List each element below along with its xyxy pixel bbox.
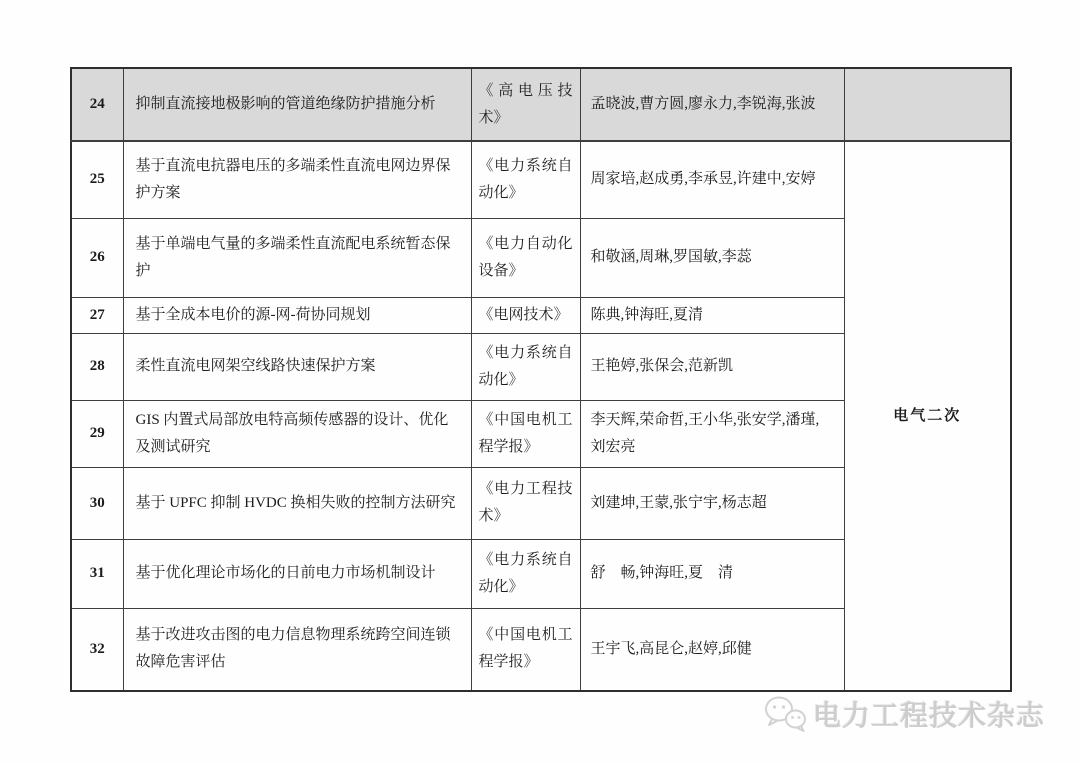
row-number: 32 <box>71 608 123 691</box>
journal-name: 《电力系统自动化》 <box>471 539 580 608</box>
authors-list: 陈典,钟海旺,夏清 <box>580 297 844 333</box>
journal-watermark: 电力工程技术杂志 <box>763 694 1045 734</box>
paper-title: 柔性直流电网架空线路快速保护方案 <box>123 333 471 400</box>
paper-title: 基于全成本电价的源-网-荷协同规划 <box>123 297 471 333</box>
papers-table: 24 抑制直流接地极影响的管道绝缘防护措施分析 《高电压技术》 孟晓波,曹方圆,… <box>70 67 1012 692</box>
row-number: 24 <box>71 68 123 141</box>
row-number: 30 <box>71 467 123 539</box>
authors-list: 王艳婷,张保会,范新凯 <box>580 333 844 400</box>
category-cell: 电气二次 <box>844 141 1011 691</box>
journal-name: 《电网技术》 <box>471 297 580 333</box>
paper-title: GIS 内置式局部放电特高频传感器的设计、优化及测试研究 <box>123 400 471 467</box>
row-number: 27 <box>71 297 123 333</box>
paper-title: 基于直流电抗器电压的多端柔性直流电网边界保护方案 <box>123 141 471 218</box>
category-cell-empty <box>844 68 1011 141</box>
page: 24 抑制直流接地极影响的管道绝缘防护措施分析 《高电压技术》 孟晓波,曹方圆,… <box>0 0 1080 763</box>
authors-list: 孟晓波,曹方圆,廖永力,李锐海,张波 <box>580 68 844 141</box>
row-number: 26 <box>71 218 123 297</box>
watermark-label: 电力工程技术杂志 <box>813 694 1045 734</box>
row-number: 28 <box>71 333 123 400</box>
table-row: 25 基于直流电抗器电压的多端柔性直流电网边界保护方案 《电力系统自动化》 周家… <box>71 141 1011 218</box>
journal-name: 《电力自动化设备》 <box>471 218 580 297</box>
journal-name: 《电力系统自动化》 <box>471 141 580 218</box>
authors-list: 舒 畅,钟海旺,夏 清 <box>580 539 844 608</box>
authors-list: 刘建坤,王蒙,张宁宇,杨志超 <box>580 467 844 539</box>
journal-name: 《中国电机工程学报》 <box>471 608 580 691</box>
paper-title: 基于优化理论市场化的日前电力市场机制设计 <box>123 539 471 608</box>
row-number: 29 <box>71 400 123 467</box>
table-row: 24 抑制直流接地极影响的管道绝缘防护措施分析 《高电压技术》 孟晓波,曹方圆,… <box>71 68 1011 141</box>
wechat-icon <box>763 694 807 734</box>
paper-title: 基于 UPFC 抑制 HVDC 换相失败的控制方法研究 <box>123 467 471 539</box>
paper-title: 抑制直流接地极影响的管道绝缘防护措施分析 <box>123 68 471 141</box>
row-number: 25 <box>71 141 123 218</box>
journal-name: 《中国电机工程学报》 <box>471 400 580 467</box>
row-number: 31 <box>71 539 123 608</box>
authors-list: 周家培,赵成勇,李承昱,许建中,安婷 <box>580 141 844 218</box>
authors-list: 和敬涵,周琳,罗国敏,李蕊 <box>580 218 844 297</box>
journal-name: 《电力系统自动化》 <box>471 333 580 400</box>
journal-name: 《高电压技术》 <box>471 68 580 141</box>
journal-name: 《电力工程技术》 <box>471 467 580 539</box>
authors-list: 李天辉,荣命哲,王小华,张安学,潘瑾,刘宏亮 <box>580 400 844 467</box>
authors-list: 王宇飞,高昆仑,赵婷,邱健 <box>580 608 844 691</box>
paper-title: 基于改进攻击图的电力信息物理系统跨空间连锁故障危害评估 <box>123 608 471 691</box>
paper-title: 基于单端电气量的多端柔性直流配电系统暂态保护 <box>123 218 471 297</box>
